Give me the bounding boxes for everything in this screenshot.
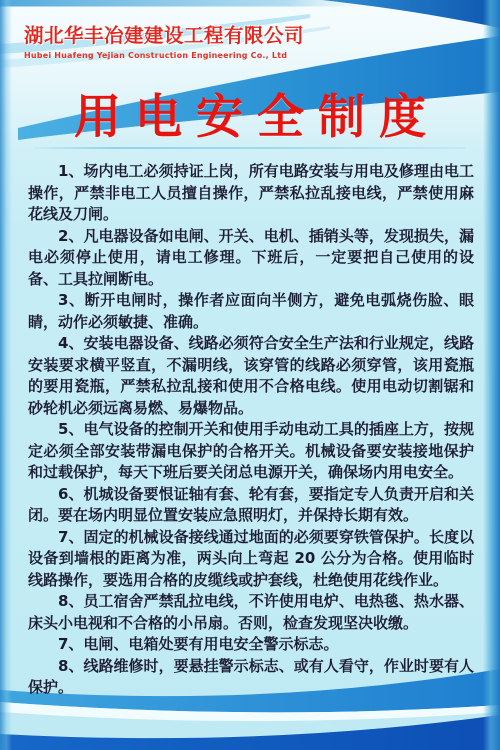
title-divider-line: [34, 147, 466, 149]
rule-item-1: 1、场内电工必须持证上岗，所有电路安装与用电及修理由电工操作，严禁非电工人员擅自…: [28, 161, 474, 226]
poster-title: 用电安全制度: [0, 80, 500, 147]
company-name-english: Hubei Huafeng Yejian Construction Engine…: [24, 51, 304, 60]
rule-item-6: 6、机城设备要恨证轴有套、轮有套，要指定专人负责开启和关闭。要在场内明显位置安装…: [28, 484, 474, 527]
rule-item-5: 5、电气设备的控制开关和使用手动电动工具的插座上方，按规定必须全部安装带漏电保护…: [28, 419, 474, 484]
rule-item-7: 7、固定的机械设备接线通过地面的必须要穿铁管保护。长度以设备到墙根的距离为准，两…: [28, 527, 474, 592]
rule-item-10: 8、线路维修时，要悬挂警示标志、或有人看守，作业时要有人保护。: [28, 656, 474, 699]
rule-item-3: 3、断开电闸时，操作者应面向半侧方，避免电弧烧伤脸、眼睛，动作必须敏捷、准确。: [28, 290, 474, 333]
rule-item-9: 7、电闸、电箱处要有用电安全警示标志。: [28, 634, 474, 656]
company-header: 湖北华丰冶建建设工程有限公司 Hubei Huafeng Yejian Cons…: [24, 20, 304, 60]
rule-item-4: 4、安装电器设备、线路必须符合安全生产法和行业规定，线路安装要求横平竖直，不漏明…: [28, 333, 474, 419]
rules-list: 1、场内电工必须持证上岗，所有电路安装与用电及修理由电工操作，严禁非电工人员擅自…: [28, 161, 474, 699]
rule-item-8: 8、员工宿舍严禁乱拉电线，不许使用电炉、电热毯、热水器、床头小电视和不合格的小吊…: [28, 591, 474, 634]
rule-item-2: 2、凡电器设备如电闸、开关、电机、插销头等，发现损失，漏电必须停止使用，请电工修…: [28, 226, 474, 291]
company-name-chinese: 湖北华丰冶建建设工程有限公司: [24, 20, 304, 48]
safety-rules-poster: 湖北华丰冶建建设工程有限公司 Hubei Huafeng Yejian Cons…: [0, 0, 500, 750]
